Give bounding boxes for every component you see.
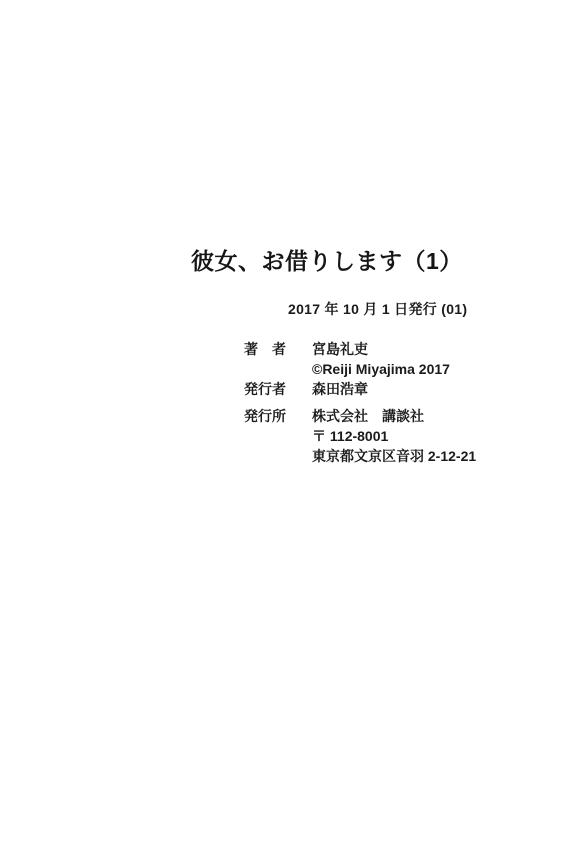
publisher-person-label: 発行者 xyxy=(244,379,312,399)
publisher-person-row: 発行者 森田浩章 xyxy=(244,379,476,399)
publisher-person-values: 森田浩章 xyxy=(312,379,368,399)
publishing-house-values: 株式会社 講談社 〒 112-8001 東京都文京区音羽 2-12-21 xyxy=(312,406,476,466)
author-label: 著 者 xyxy=(244,339,312,359)
colophon-info-block: 著 者 宮島礼吏 ©Reiji Miyajima 2017 発行者 森田浩章 発… xyxy=(244,339,476,466)
address-line: 東京都文京区音羽 2-12-21 xyxy=(312,446,476,466)
publishing-house-label: 発行所 xyxy=(244,406,312,426)
postal-code-line: 〒 112-8001 xyxy=(312,426,476,446)
edition-date-line: 2017 年 10 月 1 日発行 (01) xyxy=(288,299,467,319)
publisher-person-name: 森田浩章 xyxy=(312,379,368,399)
publishing-house-row: 発行所 株式会社 講談社 〒 112-8001 東京都文京区音羽 2-12-21 xyxy=(244,406,476,466)
author-name: 宮島礼吏 xyxy=(312,339,450,359)
publishing-house-name: 株式会社 講談社 xyxy=(312,406,476,426)
colophon-page: 彼女、お借りします（1） 2017 年 10 月 1 日発行 (01) 著 者 … xyxy=(0,0,578,864)
author-values: 宮島礼吏 ©Reiji Miyajima 2017 xyxy=(312,339,450,379)
author-row: 著 者 宮島礼吏 ©Reiji Miyajima 2017 xyxy=(244,339,476,379)
copyright-line: ©Reiji Miyajima 2017 xyxy=(312,359,450,379)
book-title: 彼女、お借りします（1） xyxy=(191,243,463,276)
